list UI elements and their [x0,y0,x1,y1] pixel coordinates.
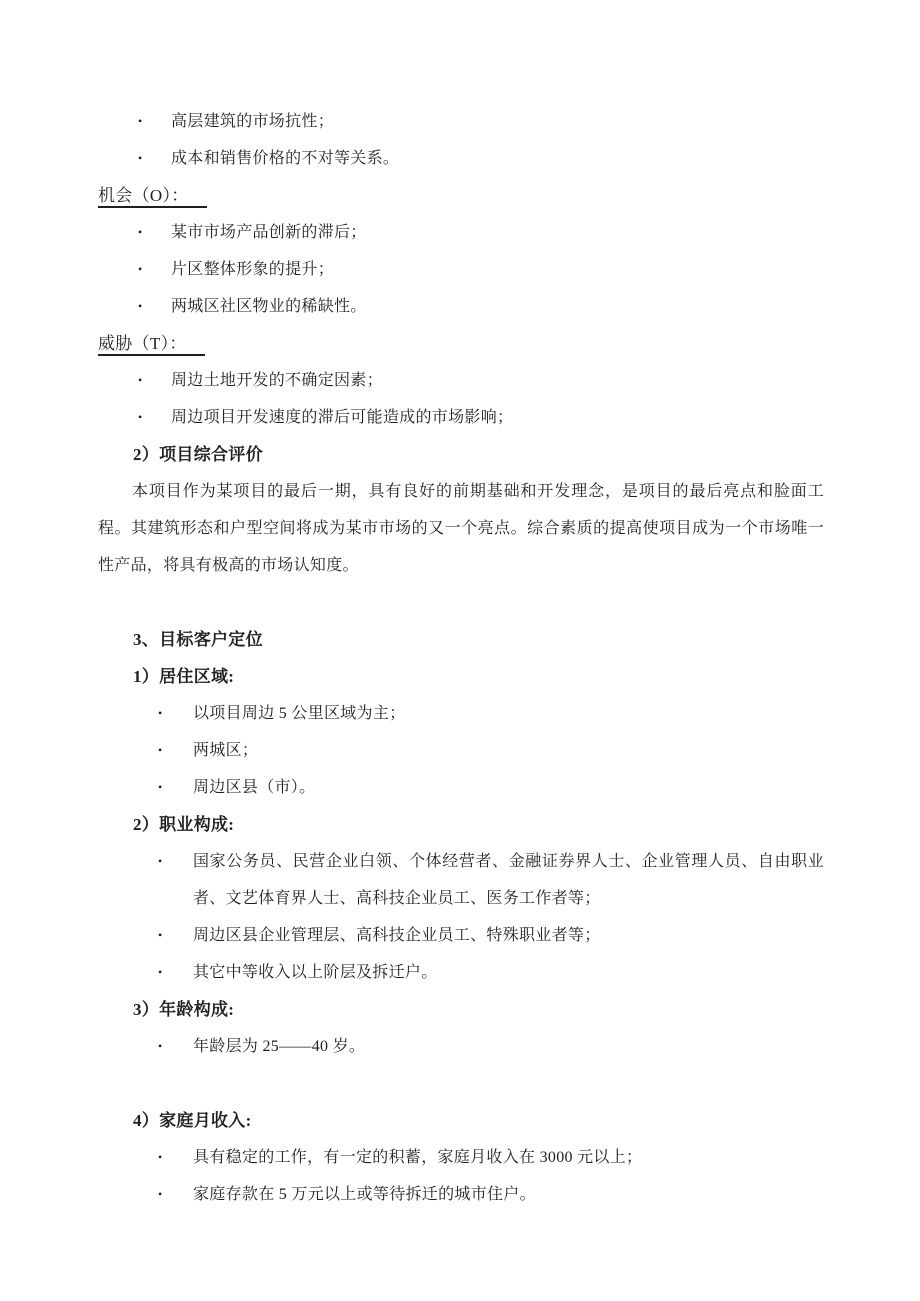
bullet-item: •成本和销售价格的不对等关系。 [98,140,824,177]
bullet-item-text: 某市市场产品创新的滞后； [171,224,367,241]
bullet-item-text: 国家公务员、民营企业白领、个体经营者、金融证券界人士、企业管理人员、自由职业者、… [193,853,824,907]
heading-target-customers: 3、目标客户定位 [98,621,824,658]
bullet-item: •周边项目开发速度的滞后可能造成的市场影响； [98,399,824,436]
heading-opportunities-text: 机会（O）： [98,186,207,208]
bullet-icon: • [138,399,143,436]
bullet-item-text: 年龄层为 25——40 岁。 [193,1038,365,1055]
bullet-icon: • [158,1176,163,1213]
bullet-item-text: 周边区县企业管理层、高科技企业员工、特殊职业者等； [193,927,601,944]
bullet-icon: • [138,362,143,399]
bullet-icon: • [158,843,163,880]
bullet-item: •以项目周边 5 公里区域为主； [98,695,824,732]
bullet-item: •年龄层为 25——40 岁。 [98,1028,824,1065]
bullet-item-text: 以项目周边 5 公里区域为主； [193,705,406,722]
bullet-icon: • [138,251,143,288]
bullet-icon: • [158,732,163,769]
bullet-icon: • [158,954,163,991]
bullet-item: •国家公务员、民营企业白领、个体经营者、金融证券界人士、企业管理人员、自由职业者… [98,843,824,917]
heading-threats-text: 威胁（T）： [98,334,205,356]
bullet-icon: • [158,769,163,806]
bullet-icon: • [138,288,143,325]
bullet-icon: • [158,1139,163,1176]
bullet-item-text: 具有稳定的工作，有一定的积蓄，家庭月收入在 3000 元以上； [193,1149,642,1166]
heading-occupation: 2）职业构成: [98,806,824,843]
bullet-item: •具有稳定的工作，有一定的积蓄，家庭月收入在 3000 元以上； [98,1139,824,1176]
bullet-item: •周边区县（市）。 [98,769,824,806]
heading-project-evaluation: 2）项目综合评价 [98,436,824,473]
bullet-item-text: 成本和销售价格的不对等关系。 [171,150,399,167]
heading-monthly-income: 4）家庭月收入: [98,1102,824,1139]
heading-age: 3）年龄构成: [98,991,824,1028]
bullet-item: •片区整体形象的提升； [98,251,824,288]
blank-line [98,584,824,621]
bullet-item-text: 周边项目开发速度的滞后可能造成的市场影响； [171,409,513,426]
paragraph-project-evaluation: 本项目作为某项目的最后一期，具有良好的前期基础和开发理念，是项目的最后亮点和脸面… [98,473,824,584]
bullet-item-text: 其它中等收入以上阶层及拆迁户。 [193,964,438,981]
bullet-item: •周边土地开发的不确定因素； [98,362,824,399]
bullet-item: •周边区县企业管理层、高科技企业员工、特殊职业者等； [98,917,824,954]
heading-residence-area: 1）居住区域: [98,658,824,695]
heading-threats: 威胁（T）： [98,325,824,362]
bullet-item-text: 两城区； [193,742,258,759]
bullet-icon: • [138,103,143,140]
bullet-item: •高层建筑的市场抗性； [98,103,824,140]
bullet-icon: • [138,140,143,177]
bullet-item: •家庭存款在 5 万元以上或等待拆迁的城市住户。 [98,1176,824,1213]
bullet-icon: • [138,214,143,251]
bullet-icon: • [158,917,163,954]
bullet-item-text: 家庭存款在 5 万元以上或等待拆迁的城市住户。 [193,1186,536,1203]
bullet-item: •其它中等收入以上阶层及拆迁户。 [98,954,824,991]
bullet-item-text: 片区整体形象的提升； [171,261,334,278]
bullet-item-text: 高层建筑的市场抗性； [171,113,334,130]
bullet-item: •两城区社区物业的稀缺性。 [98,288,824,325]
bullet-icon: • [158,1028,163,1065]
heading-opportunities: 机会（O）： [98,177,824,214]
bullet-item-text: 周边土地开发的不确定因素； [171,372,383,389]
bullet-item: •两城区； [98,732,824,769]
bullet-icon: • [158,695,163,732]
bullet-item-text: 两城区社区物业的稀缺性。 [171,298,367,315]
bullet-item-text: 周边区县（市）。 [193,779,315,796]
document-page: •高层建筑的市场抗性；•成本和销售价格的不对等关系。机会（O）：•某市市场产品创… [98,103,824,1213]
bullet-item: •某市市场产品创新的滞后； [98,214,824,251]
blank-line [98,1065,824,1102]
